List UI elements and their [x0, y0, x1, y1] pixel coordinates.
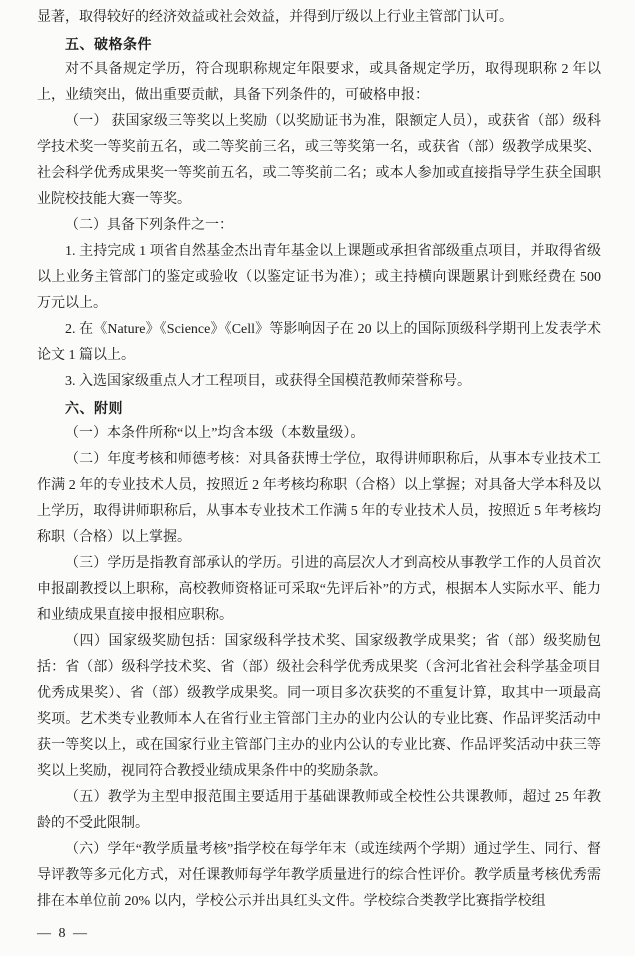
section-5-item-2-paragraph: （二）具备下列条件之一： — [37, 213, 601, 239]
section-5-heading: 五、破格条件 — [37, 31, 601, 57]
section-6-item-3-paragraph: （三）学历是指教育部承认的学历。引进的高层次人才到高校从事教学工作的人员首次申报… — [37, 551, 601, 629]
section-5-intro-paragraph: 对不具备规定学历，符合现职称规定年限要求，或具备规定学历，取得现职称 2 年以上… — [37, 57, 601, 109]
section-6-item-1-paragraph: （一）本条件所称“以上”均含本级（本数量级）。 — [37, 421, 601, 447]
section-6-item-5-paragraph: （五）教学为主型申报范围主要适用于基础课教师或全校性公共课教师，超过 25 年教… — [37, 785, 601, 837]
section-5-item-2-sub-1-paragraph: 1. 主持完成 1 项省自然基金杰出青年基金以上课题或承担省部级重点项目，并取得… — [37, 239, 601, 317]
page-number: — 8 — — [37, 921, 601, 947]
continuation-paragraph: 显著，取得较好的经济效益或社会效益，并得到厅级以上行业主管部门认可。 — [37, 5, 601, 31]
document-body: 显著，取得较好的经济效益或社会效益，并得到厅级以上行业主管部门认可。 五、破格条… — [37, 5, 601, 915]
document-page: 显著，取得较好的经济效益或社会效益，并得到厅级以上行业主管部门认可。 五、破格条… — [0, 0, 635, 956]
section-6-item-2-paragraph: （二）年度考核和师德考核：对具备获博士学位，取得讲师职称后，从事本专业技术工作满… — [37, 447, 601, 551]
section-5-item-1-paragraph: （一） 获国家级三等奖以上奖励（以奖励证书为准，限额定人员），或获省（部）级科学… — [37, 109, 601, 213]
section-6-heading: 六、附则 — [37, 395, 601, 421]
section-5-item-2-sub-3-paragraph: 3. 入选国家级重点人才工程项目，或获得全国模范教师荣誉称号。 — [37, 369, 601, 395]
section-5-item-2-sub-2-paragraph: 2. 在《Nature》《Science》《Cell》等影响因子在 20 以上的… — [37, 317, 601, 369]
section-6-item-4-paragraph: （四）国家级奖励包括：国家级科学技术奖、国家级教学成果奖；省（部）级奖励包括：省… — [37, 629, 601, 785]
section-6-item-6-paragraph: （六）学年“教学质量考核”指学校在每学年末（或连续两个学期）通过学生、同行、督导… — [37, 837, 601, 915]
